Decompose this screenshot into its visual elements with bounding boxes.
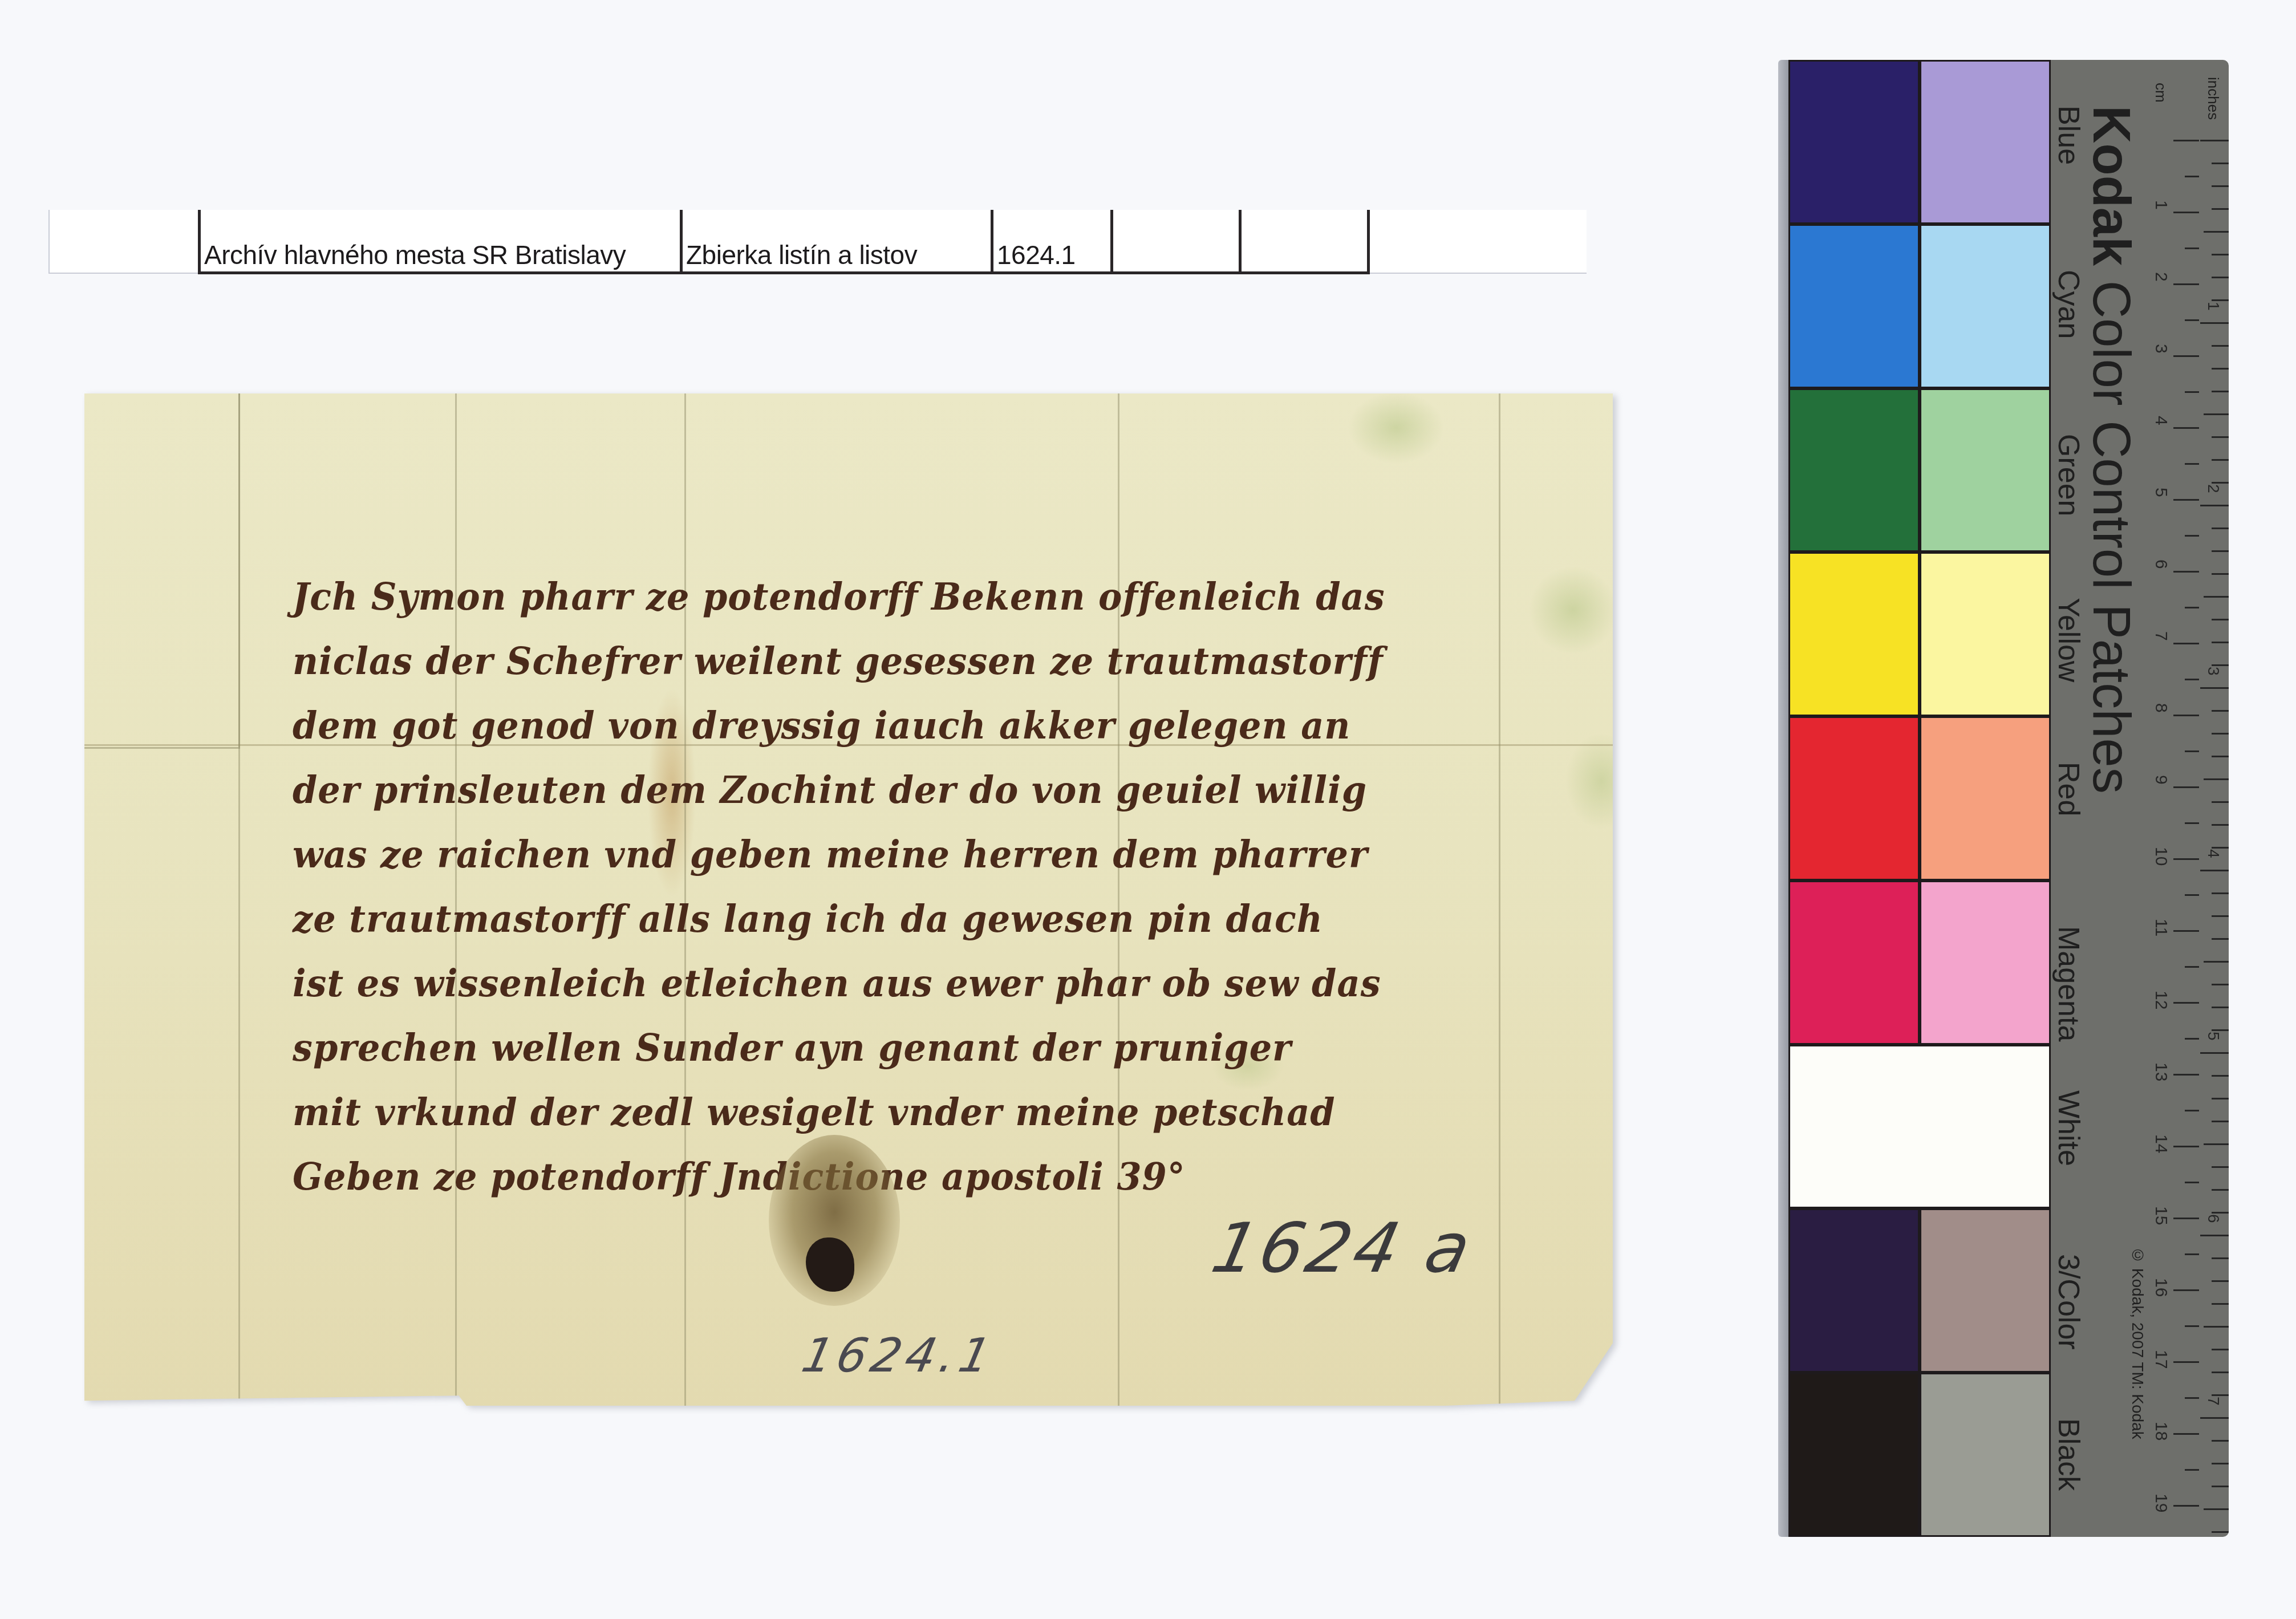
inch-tick [2212, 550, 2229, 552]
inch-tick [2212, 1486, 2229, 1487]
cm-tick [2185, 247, 2199, 249]
inch-tick [2212, 208, 2229, 210]
cm-mark: 1 [2152, 200, 2169, 210]
inch-tick [2212, 1121, 2229, 1122]
inch-tick [2212, 1531, 2229, 1533]
inch-tick [2212, 459, 2229, 461]
inch-tick [2200, 505, 2229, 506]
manuscript-line: was ze raichen vnd geben meine herren de… [293, 821, 1576, 888]
inch-tick [2204, 778, 2229, 780]
inch-tick [2212, 847, 2229, 849]
cm-mark: 17 [2152, 1350, 2169, 1369]
pencil-signature-bottom: 1624.1 [797, 1329, 1000, 1383]
cm-tick [2173, 355, 2199, 357]
inch-tick [2212, 1394, 2229, 1396]
inch-tick [2204, 1143, 2229, 1145]
inch-tick [2212, 277, 2229, 278]
inch-tick [2212, 1372, 2229, 1373]
inch-tick [2212, 528, 2229, 529]
kodak-color-card: Kodak Color Control Patches cm inches © … [1778, 60, 2229, 1537]
empty-cell-1 [1110, 210, 1239, 271]
patch-blue-light [1920, 60, 2051, 224]
cm-tick [2185, 391, 2199, 393]
manuscript-line: Geben ze potendorff Jndictione apostoli … [293, 1143, 1576, 1211]
patch-label: Cyan [2054, 270, 2083, 339]
signature-cell: 1624.1 [991, 210, 1110, 271]
inch-tick [2204, 596, 2229, 598]
inch-tick [2212, 756, 2229, 757]
cm-tick [2185, 1038, 2199, 1040]
inch-mark: 5 [2205, 1032, 2222, 1041]
cm-tick [2185, 607, 2199, 608]
cm-mark: 19 [2152, 1494, 2169, 1512]
fold-line [238, 393, 240, 1406]
inch-tick [2200, 1052, 2229, 1054]
parchment-sheet: Jch Symon pharr ze potendorff Bekenn off… [84, 393, 1613, 1406]
cm-tick [2185, 1397, 2199, 1399]
inch-tick [2212, 391, 2229, 392]
inch-tick [2212, 482, 2229, 484]
inch-tick [2204, 961, 2229, 963]
inch-tick [2212, 1189, 2229, 1191]
cm-tick [2173, 283, 2199, 285]
inch-tick [2204, 413, 2229, 415]
archive-name-cell: Archív hlavného mesta SR Bratislavy [198, 210, 680, 271]
cm-tick [2173, 1146, 2199, 1147]
patch-cyan-light [1920, 224, 2051, 388]
cm-tick [2185, 1469, 2199, 1471]
cm-mark: 11 [2152, 919, 2169, 936]
cm-tick [2173, 715, 2199, 716]
patch-label: Green [2054, 434, 2083, 517]
archive-label-strip: Archív hlavného mesta SR Bratislavy Zbie… [48, 210, 1587, 274]
cm-tick [2185, 535, 2199, 537]
inch-mark: 2 [2205, 484, 2222, 493]
manuscript-line: dem got genod von dreyssig iauch akker g… [293, 692, 1576, 760]
cm-tick [2173, 1002, 2199, 1004]
cm-tick [2173, 1218, 2199, 1219]
archive-label-table: Archív hlavného mesta SR Bratislavy Zbie… [198, 210, 1370, 274]
empty-cell-2 [1239, 210, 1370, 271]
manuscript-line: ist es wissenleich etleichen aus ewer ph… [293, 950, 1576, 1017]
inch-tick [2212, 573, 2229, 575]
patch-red-dark [1788, 716, 1920, 880]
inch-tick [2200, 140, 2229, 141]
manuscript-line: sprechen wellen Sunder ayn genant der pr… [293, 1014, 1576, 1082]
kodak-title: Kodak Color Control Patches [2085, 106, 2137, 794]
inch-tick [2212, 710, 2229, 712]
inch-tick [2212, 1166, 2229, 1168]
cm-tick [2173, 1289, 2199, 1291]
patch-magenta-light [1920, 880, 2051, 1045]
cm-mark: 16 [2152, 1278, 2169, 1297]
cm-tick [2173, 786, 2199, 788]
inch-tick [2212, 801, 2229, 803]
patch-black-light [1920, 1373, 2051, 1537]
inch-tick [2212, 1463, 2229, 1464]
inch-tick [2212, 1075, 2229, 1077]
patch-label: Black [2054, 1418, 2083, 1491]
cm-tick [2185, 894, 2199, 896]
manuscript-line: ze trautmastorff alls lang ich da gewese… [293, 885, 1576, 953]
manuscript-line: mit vrkund der zedl wesigelt vnder meine… [293, 1078, 1576, 1146]
cm-tick [2185, 319, 2199, 321]
inch-tick [2212, 299, 2229, 301]
cm-mark: 8 [2152, 703, 2169, 713]
inch-tick [2212, 1303, 2229, 1305]
inch-tick [2212, 345, 2229, 347]
inch-tick [2204, 1326, 2229, 1328]
collection-name-cell: Zbierka listín a listov [680, 210, 991, 271]
cm-mark: 4 [2152, 416, 2169, 425]
cm-tick [2185, 176, 2199, 177]
manuscript-line: der prinsleuten dem Zochint der do von g… [293, 756, 1576, 824]
inch-mark: 6 [2205, 1214, 2222, 1223]
inches-unit-label: inches [2206, 77, 2221, 120]
cm-tick [2185, 1182, 2199, 1183]
inch-tick [2212, 984, 2229, 985]
inch-mark: 3 [2205, 667, 2222, 676]
patch-yellow-dark [1788, 552, 1920, 716]
manuscript-line: Jch Symon pharr ze potendorff Bekenn off… [293, 563, 1576, 631]
cm-tick [2173, 212, 2199, 213]
inch-tick [2212, 1029, 2229, 1031]
inch-tick [2212, 185, 2229, 187]
inch-tick [2200, 687, 2229, 689]
cm-mark: 9 [2152, 775, 2169, 785]
inch-tick [2212, 619, 2229, 620]
inch-tick [2212, 892, 2229, 894]
cm-tick [2173, 1505, 2199, 1507]
inch-tick [2212, 1212, 2229, 1214]
inch-tick [2212, 1349, 2229, 1350]
inch-tick [2212, 1257, 2229, 1259]
inch-tick [2200, 322, 2229, 324]
patch-label: White [2054, 1090, 2083, 1166]
inch-tick [2212, 1440, 2229, 1442]
cm-tick [2173, 930, 2199, 932]
inch-tick [2212, 1280, 2229, 1282]
patch-label: Red [2054, 762, 2083, 816]
kodak-logo: Kodak [2082, 106, 2140, 266]
cm-mark: 7 [2152, 631, 2169, 641]
cm-mark: 10 [2152, 847, 2169, 866]
pencil-signature-right: 1624 a [1205, 1209, 1480, 1288]
inch-tick [2204, 231, 2229, 233]
gray-ruler: Kodak Color Control Patches cm inches © … [2051, 60, 2229, 1537]
cm-tick [2185, 679, 2199, 680]
inch-tick [2200, 1417, 2229, 1419]
cm-mark: 12 [2152, 991, 2169, 1009]
cm-tick [2185, 822, 2199, 824]
patch-label: 3/Color [2054, 1254, 2083, 1350]
cm-tick [2185, 966, 2199, 968]
cm-tick [2185, 463, 2199, 465]
cm-tick [2185, 750, 2199, 752]
inch-mark: 7 [2205, 1397, 2222, 1406]
cm-mark: 2 [2152, 272, 2169, 282]
inch-mark: 1 [2205, 302, 2222, 311]
patch-black-dark [1788, 1373, 1920, 1537]
patch-3-color-dark [1788, 1208, 1920, 1373]
patch-white [1788, 1045, 2051, 1209]
inch-mark: 4 [2205, 849, 2222, 858]
cm-tick [2173, 1074, 2199, 1076]
color-patch-grid [1788, 60, 2051, 1537]
cm-tick [2185, 1253, 2199, 1255]
cm-tick [2173, 571, 2199, 573]
patch-label: Blue [2054, 106, 2083, 165]
patch-green-dark [1788, 388, 1920, 553]
manuscript-line: niclas der Schefrer weilent gesessen ze … [293, 627, 1576, 695]
cm-mark: 13 [2152, 1062, 2169, 1081]
inch-tick [2212, 254, 2229, 255]
inch-tick [2200, 870, 2229, 871]
patch-label: Yellow [2054, 598, 2083, 682]
inch-tick [2212, 163, 2229, 164]
card-title: Color Control Patches [2082, 281, 2140, 794]
patch-yellow-light [1920, 552, 2051, 716]
patch-cyan-dark [1788, 224, 1920, 388]
cm-unit-label: cm [2153, 83, 2168, 103]
manuscript-text: Jch Symon pharr ze potendorff Bekenn off… [293, 565, 1576, 1209]
inch-tick [2212, 1098, 2229, 1099]
cm-mark: 3 [2152, 344, 2169, 354]
patch-blue-dark [1788, 60, 1920, 224]
inch-tick [2204, 1508, 2229, 1510]
patch-green-light [1920, 388, 2051, 553]
charter-document: Jch Symon pharr ze potendorff Bekenn off… [84, 393, 1613, 1406]
cm-tick [2173, 858, 2199, 860]
cm-mark: 5 [2152, 488, 2169, 497]
cm-mark: 14 [2152, 1134, 2169, 1153]
cm-mark: 18 [2152, 1422, 2169, 1441]
inch-tick [2212, 436, 2229, 438]
patch-3-color-light [1920, 1208, 2051, 1373]
inch-tick [2212, 733, 2229, 735]
patch-magenta-dark [1788, 880, 1920, 1045]
inch-tick [2212, 1007, 2229, 1008]
cm-mark: 15 [2152, 1206, 2169, 1225]
inch-tick [2212, 664, 2229, 666]
inch-tick [2212, 938, 2229, 940]
inch-tick [2200, 1235, 2229, 1236]
cm-tick [2173, 1433, 2199, 1435]
cm-tick [2173, 1361, 2199, 1363]
cm-tick [2185, 1110, 2199, 1111]
inch-tick [2212, 368, 2229, 370]
patch-red-light [1920, 716, 2051, 880]
cm-tick [2173, 140, 2199, 141]
inch-tick [2212, 915, 2229, 917]
patch-label: Magenta [2054, 926, 2083, 1041]
inch-tick [2212, 642, 2229, 643]
cm-tick [2185, 1325, 2199, 1327]
inch-tick [2212, 824, 2229, 826]
folded-flap [84, 393, 240, 749]
cm-tick [2173, 643, 2199, 644]
copyright-text: © Kodak, 2007 TM: Kodak [2129, 1246, 2145, 1439]
cm-tick [2173, 499, 2199, 501]
cm-tick [2173, 427, 2199, 429]
cm-mark: 6 [2152, 559, 2169, 569]
